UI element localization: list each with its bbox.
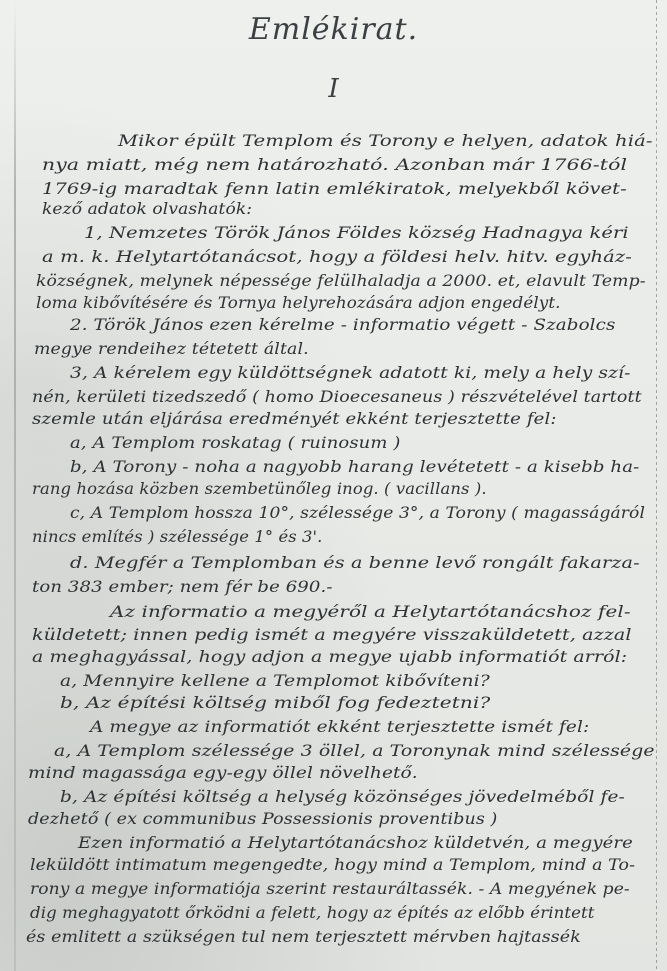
text-line: loma kibővítésére és Tornya helyrehozásá… [36, 294, 561, 312]
text-line: 1, Nemzetes Török János Földes község Ha… [84, 224, 629, 242]
text-line: Ezen informatió a Helytartótanácshoz kül… [78, 834, 633, 852]
text-line: A megye az informatiót ekként terjesztet… [90, 718, 589, 736]
scanned-document-page: Emlékirat. I Mikor épült Templom és Toro… [0, 0, 667, 971]
text-line: 2. Török János ezen kérelme - informatio… [70, 316, 615, 334]
text-line: mind magassága egy-egy öllel növelhető. [28, 764, 418, 782]
text-line: ton 383 ember; nem fér be 690.- [32, 578, 333, 596]
text-line: nincs említés ) szélessége 1° és 3'. [32, 528, 322, 546]
text-line: a, A Templom roskatag ( ruinosum ) [70, 434, 400, 452]
paper-fold-left [14, 0, 16, 971]
text-line: Mikor épült Templom és Torony e helyen, … [118, 132, 653, 150]
text-line: c, A Templom hossza 10°, szélessége 3°, … [70, 504, 645, 522]
text-line: dezhető ( ex communibus Possessionis pro… [28, 810, 497, 828]
text-line: küldetett; innen pedig ismét a megyére v… [32, 626, 632, 644]
text-line: 1769-ig maradtak fenn latin emlékiratok,… [42, 180, 627, 198]
text-line: b, Az építési költség miből fog fedeztet… [60, 694, 490, 712]
section-number: I [0, 74, 667, 104]
text-line: 3, A kérelem egy küldöttségnek adatott k… [70, 364, 631, 382]
text-line: b, Az építési költség a helység közönség… [60, 788, 625, 806]
text-line: a m. k. Helytartótanácsot, hogy a földes… [42, 248, 632, 266]
text-line: b, A Torony - noha a nagyobb harang levé… [70, 458, 639, 476]
text-line: községnek, melynek népessége felülhaladj… [36, 272, 646, 290]
text-line: nya miatt, még nem határozható. Azonban … [42, 156, 627, 174]
text-line: a, A Templom szélessége 3 öllel, a Toron… [54, 742, 655, 760]
text-line: rang hozása közben szembetünőleg inog. (… [32, 480, 487, 498]
text-line: leküldött intimatum megengedte, hogy min… [30, 856, 635, 874]
text-line: nén, kerületi tizedszedő ( homo Dioecesa… [32, 388, 642, 406]
text-line: rony a megye informatiója szerint restau… [30, 880, 630, 898]
text-line: d. Megfér a Templomban és a benne levő r… [70, 554, 640, 572]
text-line: szemle után eljárása eredményét ekként t… [32, 410, 557, 428]
text-line: dig meghagyatott őrködni a felett, hogy … [30, 904, 595, 922]
text-line: a, Mennyire kellene a Templomot kibővíte… [60, 672, 490, 690]
text-line: és emlitett a szükségen tul nem terjeszt… [26, 928, 581, 946]
paper-fold-right [656, 0, 657, 971]
text-line: kező adatok olvashatók: [42, 200, 252, 218]
text-line: megye rendeihez tétetett által. [34, 340, 309, 358]
document-title: Emlékirat. [0, 12, 667, 47]
text-line: a meghagyással, hogy adjon a megye ujabb… [32, 648, 627, 666]
text-line: Az informatio a megyéről a Helytartótaná… [110, 603, 631, 621]
